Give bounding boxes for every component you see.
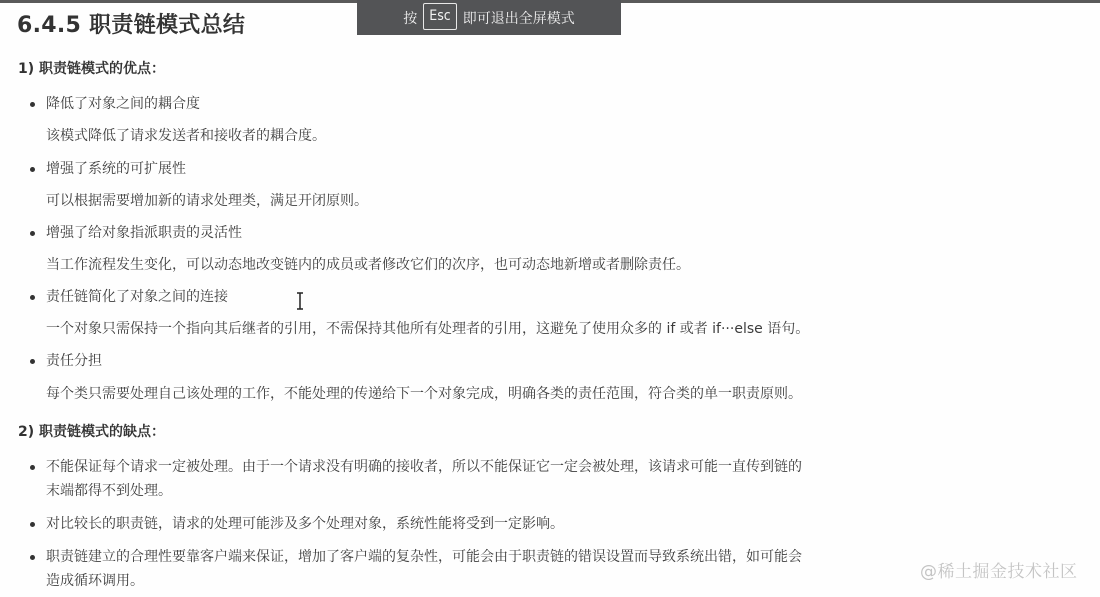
advantage-desc: 当工作流程发生变化，可以动态地改变链内的成员或者修改它们的次序，也可动态地新增或…: [46, 254, 690, 276]
disadvantage-line: 对比较长的职责链，请求的处理可能涉及多个处理对象，系统性能将受到一定影响。: [30, 512, 900, 536]
advantage-title: 增强了系统的可扩展性: [30, 158, 900, 180]
advantage-item: 增强了系统的可扩展性: [30, 158, 900, 180]
advantage-item: 增强了给对象指派职责的灵活性: [30, 222, 900, 244]
advantage-title: 降低了对象之间的耦合度: [30, 93, 900, 115]
advantage-title: 责任链简化了对象之间的连接: [30, 286, 900, 308]
disadvantage-item: 不能保证每个请求一定被处理。由于一个请求没有明确的接收者，所以不能保证它一定会被…: [30, 455, 900, 503]
disadvantage-item: 职责链建立的合理性要靠客户端来保证，增加了客户端的复杂性，可能会由于职责链的错误…: [30, 545, 900, 593]
disadvantages-heading: 2) 职责链模式的缺点：: [18, 421, 165, 441]
advantage-title: 责任分担: [30, 350, 900, 372]
advantages-heading: 1) 职责链模式的优点：: [18, 58, 165, 78]
disadvantage-item: 对比较长的职责链，请求的处理可能涉及多个处理对象，系统性能将受到一定影响。: [30, 512, 900, 536]
bullet-icon: [30, 231, 35, 236]
disadvantage-line: 不能保证每个请求一定被处理。由于一个请求没有明确的接收者，所以不能保证它一定会被…: [30, 455, 900, 479]
bullet-icon: [30, 295, 35, 300]
advantage-title: 增强了给对象指派职责的灵活性: [30, 222, 900, 244]
advantage-desc: 一个对象只需保持一个指向其后继者的引用，不需保持其他所有处理者的引用，这避免了使…: [46, 318, 809, 340]
esc-key-badge[interactable]: Esc: [423, 3, 456, 30]
bullet-icon: [30, 522, 35, 527]
document-page: 6.4.5 职责链模式总结 1) 职责链模式的优点： 降低了对象之间的耦合度 该…: [0, 0, 1100, 597]
text-cursor-icon: [295, 292, 305, 310]
advantage-desc: 该模式降低了请求发送者和接收者的耦合度。: [46, 125, 326, 147]
advantage-item: 降低了对象之间的耦合度: [30, 93, 900, 115]
banner-prefix: 按: [403, 8, 417, 28]
disadvantage-line: 造成循环调用。: [30, 569, 900, 593]
bullet-icon: [30, 465, 35, 470]
advantage-desc: 可以根据需要增加新的请求处理类，满足开闭原则。: [46, 190, 368, 212]
bullet-icon: [30, 359, 35, 364]
watermark: @稀土掘金技术社区: [920, 557, 1078, 582]
fullscreen-exit-banner: 按 Esc 即可退出全屏模式: [357, 0, 621, 35]
banner-suffix: 即可退出全屏模式: [463, 8, 575, 28]
bullet-icon: [30, 555, 35, 560]
disadvantage-line: 职责链建立的合理性要靠客户端来保证，增加了客户端的复杂性，可能会由于职责链的错误…: [30, 545, 900, 569]
advantage-item: 责任分担: [30, 350, 900, 372]
advantage-desc: 每个类只需要处理自己该处理的工作，不能处理的传递给下一个对象完成，明确各类的责任…: [46, 383, 802, 405]
bullet-icon: [30, 102, 35, 107]
disadvantage-line: 末端都得不到处理。: [30, 479, 900, 503]
page-title: 6.4.5 职责链模式总结: [17, 8, 245, 39]
bullet-icon: [30, 167, 35, 172]
advantage-item: 责任链简化了对象之间的连接: [30, 286, 900, 308]
